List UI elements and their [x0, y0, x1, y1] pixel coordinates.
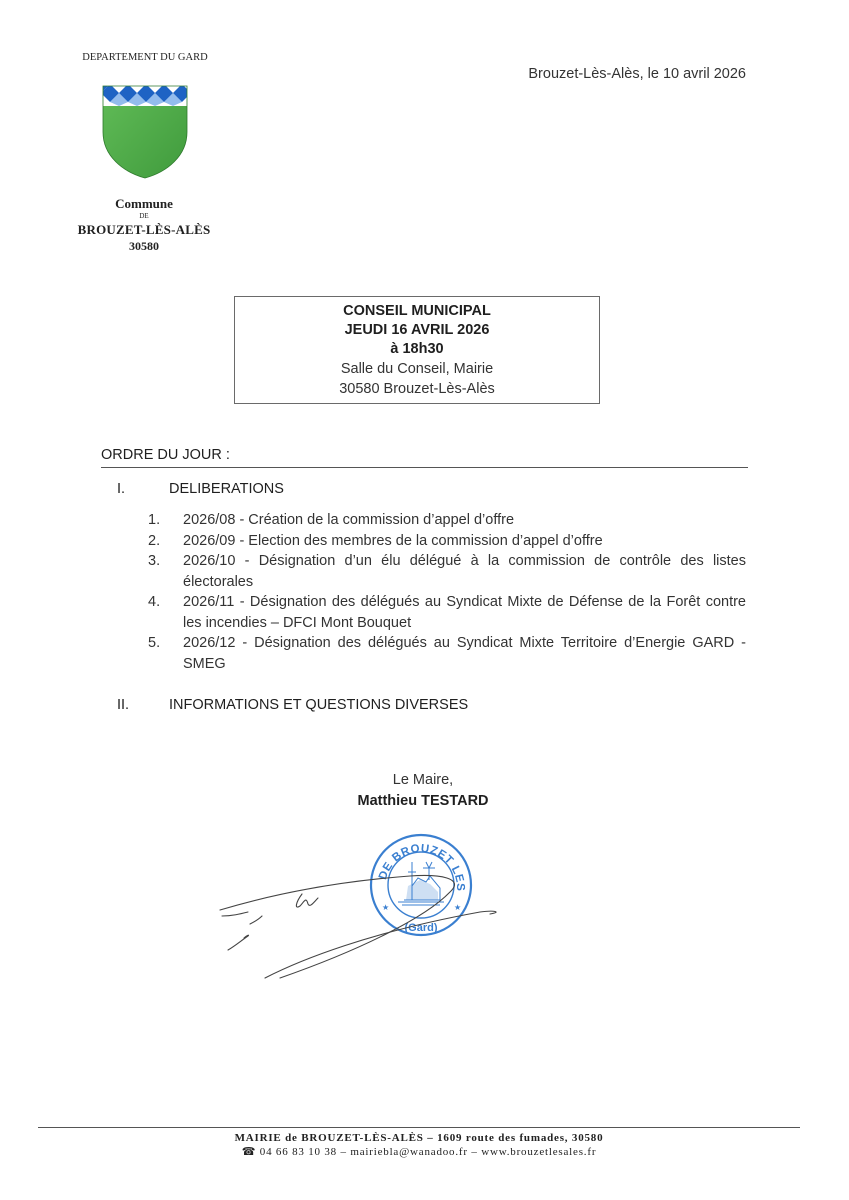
handwritten-signature [210, 850, 510, 980]
agenda-item: 5. 2026/12 - Désignation des délégués au… [148, 633, 746, 674]
agenda-item-text: 2026/10 - Désignation d’un élu délégué à… [183, 553, 746, 590]
section-numeral: II. [117, 697, 129, 713]
footer-divider [38, 1127, 800, 1128]
commune-block: Commune DE BROUZET-LÈS-ALÈS 30580 [58, 196, 230, 254]
agenda-item-number: 1. [148, 510, 160, 531]
commune-de: DE [58, 212, 230, 221]
meeting-box: CONSEIL MUNICIPAL JEUDI 16 AVRIL 2026 à … [234, 296, 600, 404]
deliberation-list: 1. 2026/08 - Création de la commission d… [148, 510, 746, 674]
agenda-item: 1. 2026/08 - Création de la commission d… [148, 510, 746, 531]
agenda-title: ORDRE DU JOUR : [101, 447, 230, 463]
section-label: INFORMATIONS ET QUESTIONS DIVERSES [169, 697, 468, 713]
agenda-item-text: 2026/09 - Election des membres de la com… [183, 533, 603, 549]
department-label: DEPARTEMENT DU GARD [62, 52, 228, 63]
commune-name: BROUZET-LÈS-ALÈS [58, 221, 230, 239]
agenda-item-number: 5. [148, 633, 160, 654]
commune-label: Commune [58, 196, 230, 212]
coat-of-arms-icon [101, 84, 189, 180]
section-numeral: I. [117, 481, 125, 497]
meeting-title: CONSEIL MUNICIPAL [235, 302, 599, 321]
agenda-item-number: 4. [148, 592, 160, 613]
section-label: DELIBERATIONS [169, 481, 284, 497]
date-line: Brouzet-Lès-Alès, le 10 avril 2026 [528, 66, 746, 82]
meeting-venue: Salle du Conseil, Mairie [235, 359, 599, 379]
mayor-role: Le Maire, [343, 770, 503, 791]
footer-contact-text: 04 66 83 10 38 – mairiebla@wanadoo.fr – … [260, 1146, 597, 1158]
agenda-item-text: 2026/11 - Désignation des délégués au Sy… [183, 594, 746, 631]
footer-address: MAIRIE de BROUZET-LÈS-ALÈS – 1609 route … [38, 1131, 800, 1145]
meeting-time: à 18h30 [235, 340, 599, 359]
signature-block: Le Maire, Matthieu TESTARD [343, 770, 503, 812]
meeting-date: JEUDI 16 AVRIL 2026 [235, 321, 599, 340]
agenda-item: 3. 2026/10 - Désignation d’un élu délégu… [148, 551, 746, 592]
footer-contact: ☎ 04 66 83 10 38 – mairiebla@wanadoo.fr … [38, 1145, 800, 1159]
agenda-divider [101, 467, 748, 468]
agenda-item: 4. 2026/11 - Désignation des délégués au… [148, 592, 746, 633]
meeting-address: 30580 Brouzet-Lès-Alès [235, 379, 599, 399]
footer: MAIRIE de BROUZET-LÈS-ALÈS – 1609 route … [38, 1131, 800, 1159]
agenda-item-text: 2026/08 - Création de la commission d’ap… [183, 512, 514, 528]
telephone-icon: ☎ [242, 1146, 257, 1158]
mayor-name: Matthieu TESTARD [343, 791, 503, 812]
agenda-item-number: 2. [148, 531, 160, 552]
agenda-item: 2. 2026/09 - Election des membres de la … [148, 531, 746, 552]
agenda-item-number: 3. [148, 551, 160, 572]
agenda-item-text: 2026/12 - Désignation des délégués au Sy… [183, 635, 746, 672]
commune-postal-code: 30580 [58, 239, 230, 254]
